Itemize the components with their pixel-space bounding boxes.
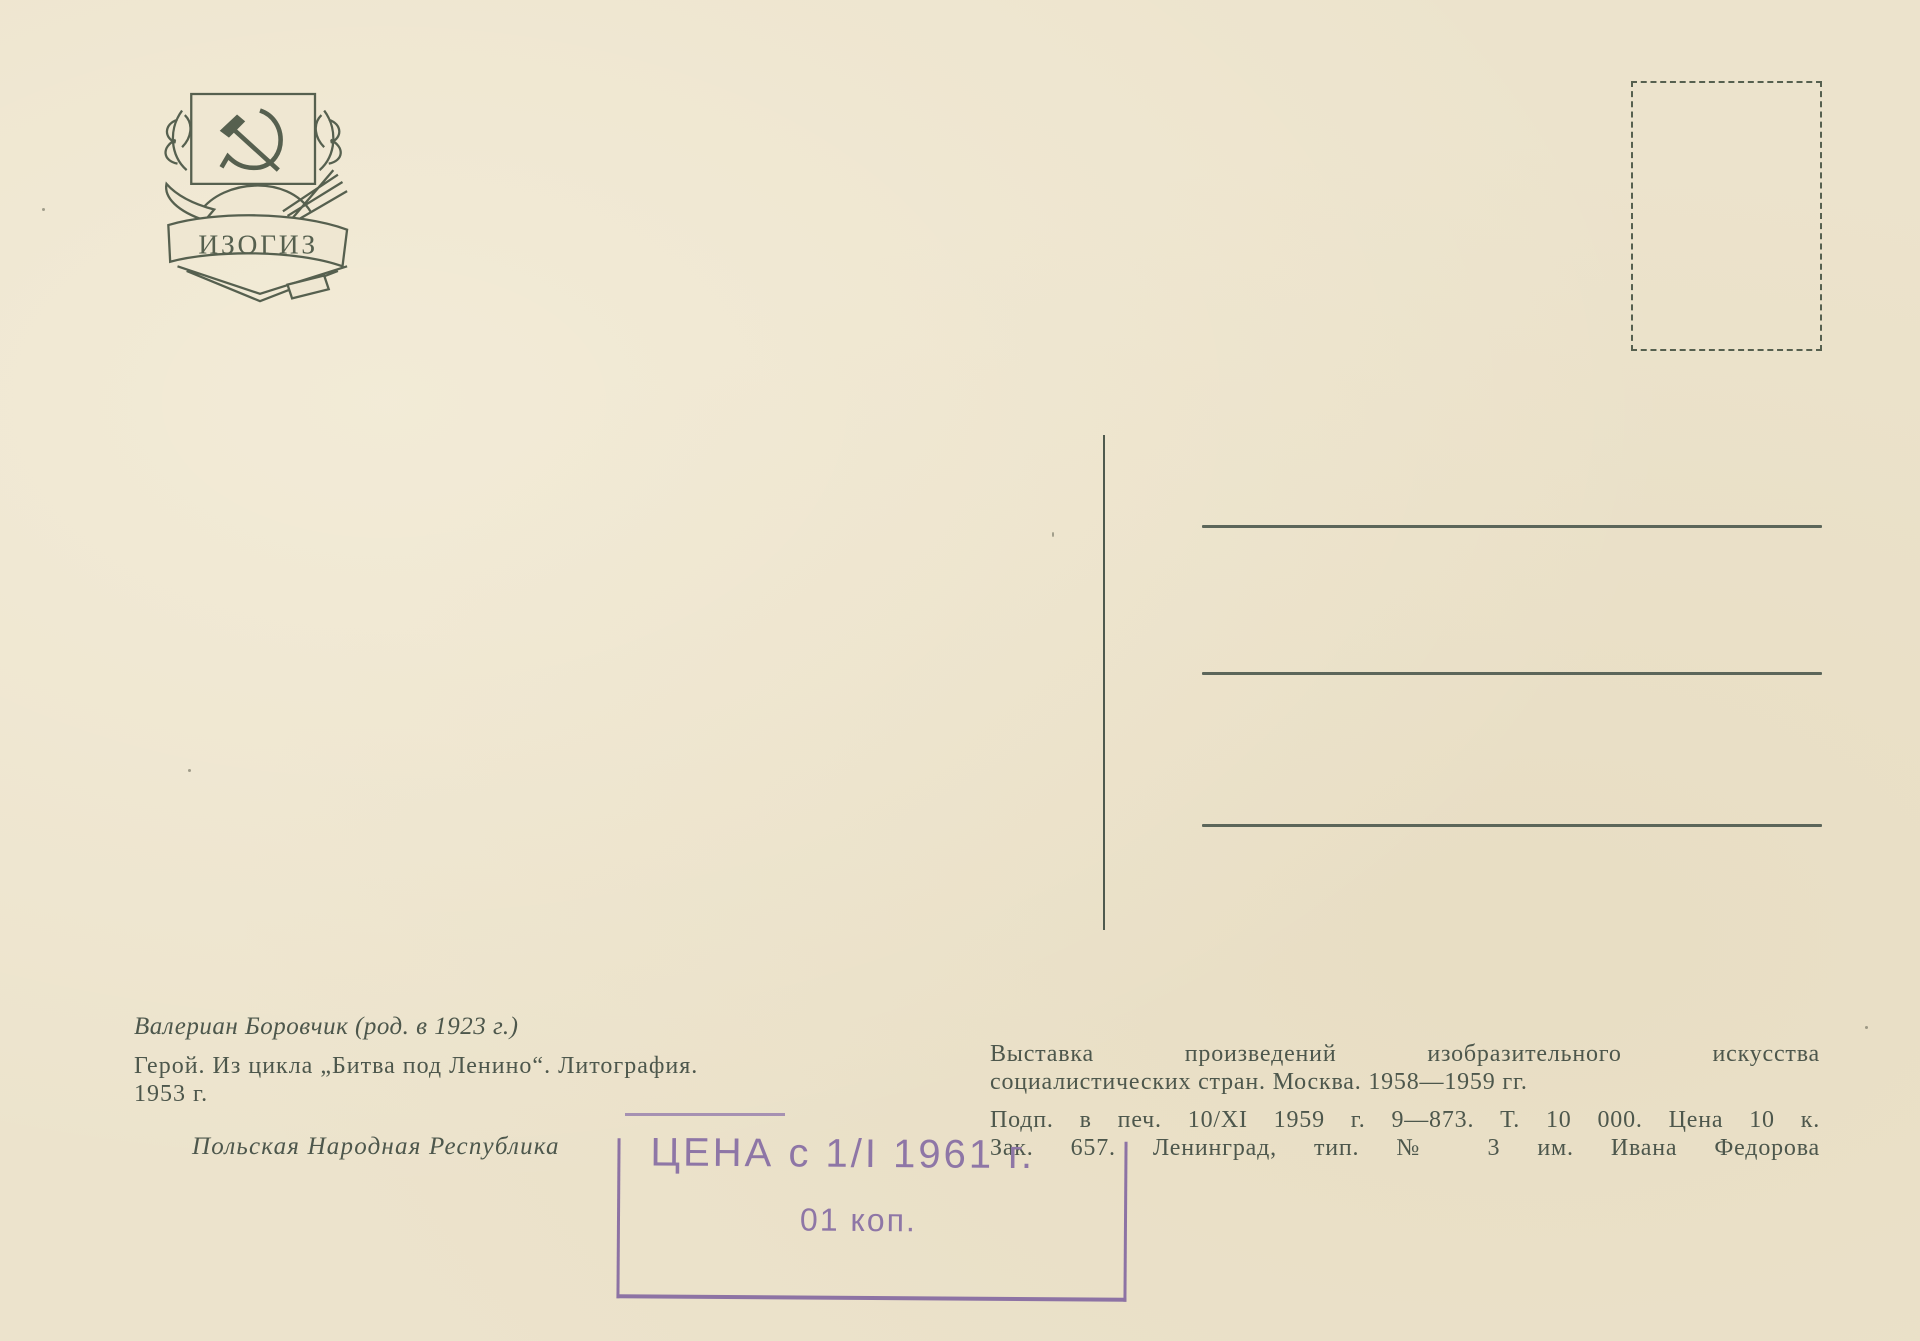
exhibition-line-2: социалистических стран. Москва. 1958—195… <box>990 1068 1820 1096</box>
artist-name: Валериан Боровчик (род. в 1923 г.) <box>134 1013 519 1041</box>
price-stamp: ЦЕНА с 1/I 1961 г. 01 коп. <box>616 1138 1127 1302</box>
address-line-1 <box>1202 525 1822 528</box>
price-stamp-top-edge <box>625 1113 785 1116</box>
postage-stamp-area <box>1631 81 1822 351</box>
exhibition-info: Выставка произведений изобразительного и… <box>990 1040 1820 1096</box>
address-line-2 <box>1202 672 1822 675</box>
artwork-description: Герой. Из цикла „Битва под Ленино“. Лито… <box>134 1052 964 1108</box>
svg-text:ИЗОГИЗ: ИЗОГИЗ <box>198 229 318 260</box>
price-stamp-price: 01 коп. <box>800 1201 917 1239</box>
paper-speck <box>42 208 45 211</box>
price-stamp-date: ЦЕНА с 1/I 1961 г. <box>650 1130 1035 1178</box>
paper-speck <box>1052 532 1054 537</box>
artwork-title-line: Герой. Из цикла „Битва под Ленино“. Лито… <box>134 1053 698 1079</box>
address-line-3 <box>1202 824 1822 827</box>
artwork-year: 1953 г. <box>134 1081 208 1107</box>
publisher-logo: ИЗОГИЗ <box>150 78 370 308</box>
vertical-divider <box>1103 435 1105 930</box>
artist-country: Польская Народная Республика <box>192 1133 560 1161</box>
paper-speck <box>188 769 191 772</box>
exhibition-line-1: Выставка произведений изобразительного и… <box>990 1040 1820 1068</box>
imprint-line-1: Подп. в печ. 10/XI 1959 г. 9—873. Т. 10 … <box>990 1106 1820 1134</box>
izogiz-emblem-icon: ИЗОГИЗ <box>150 78 370 308</box>
paper-speck <box>1865 1026 1868 1029</box>
